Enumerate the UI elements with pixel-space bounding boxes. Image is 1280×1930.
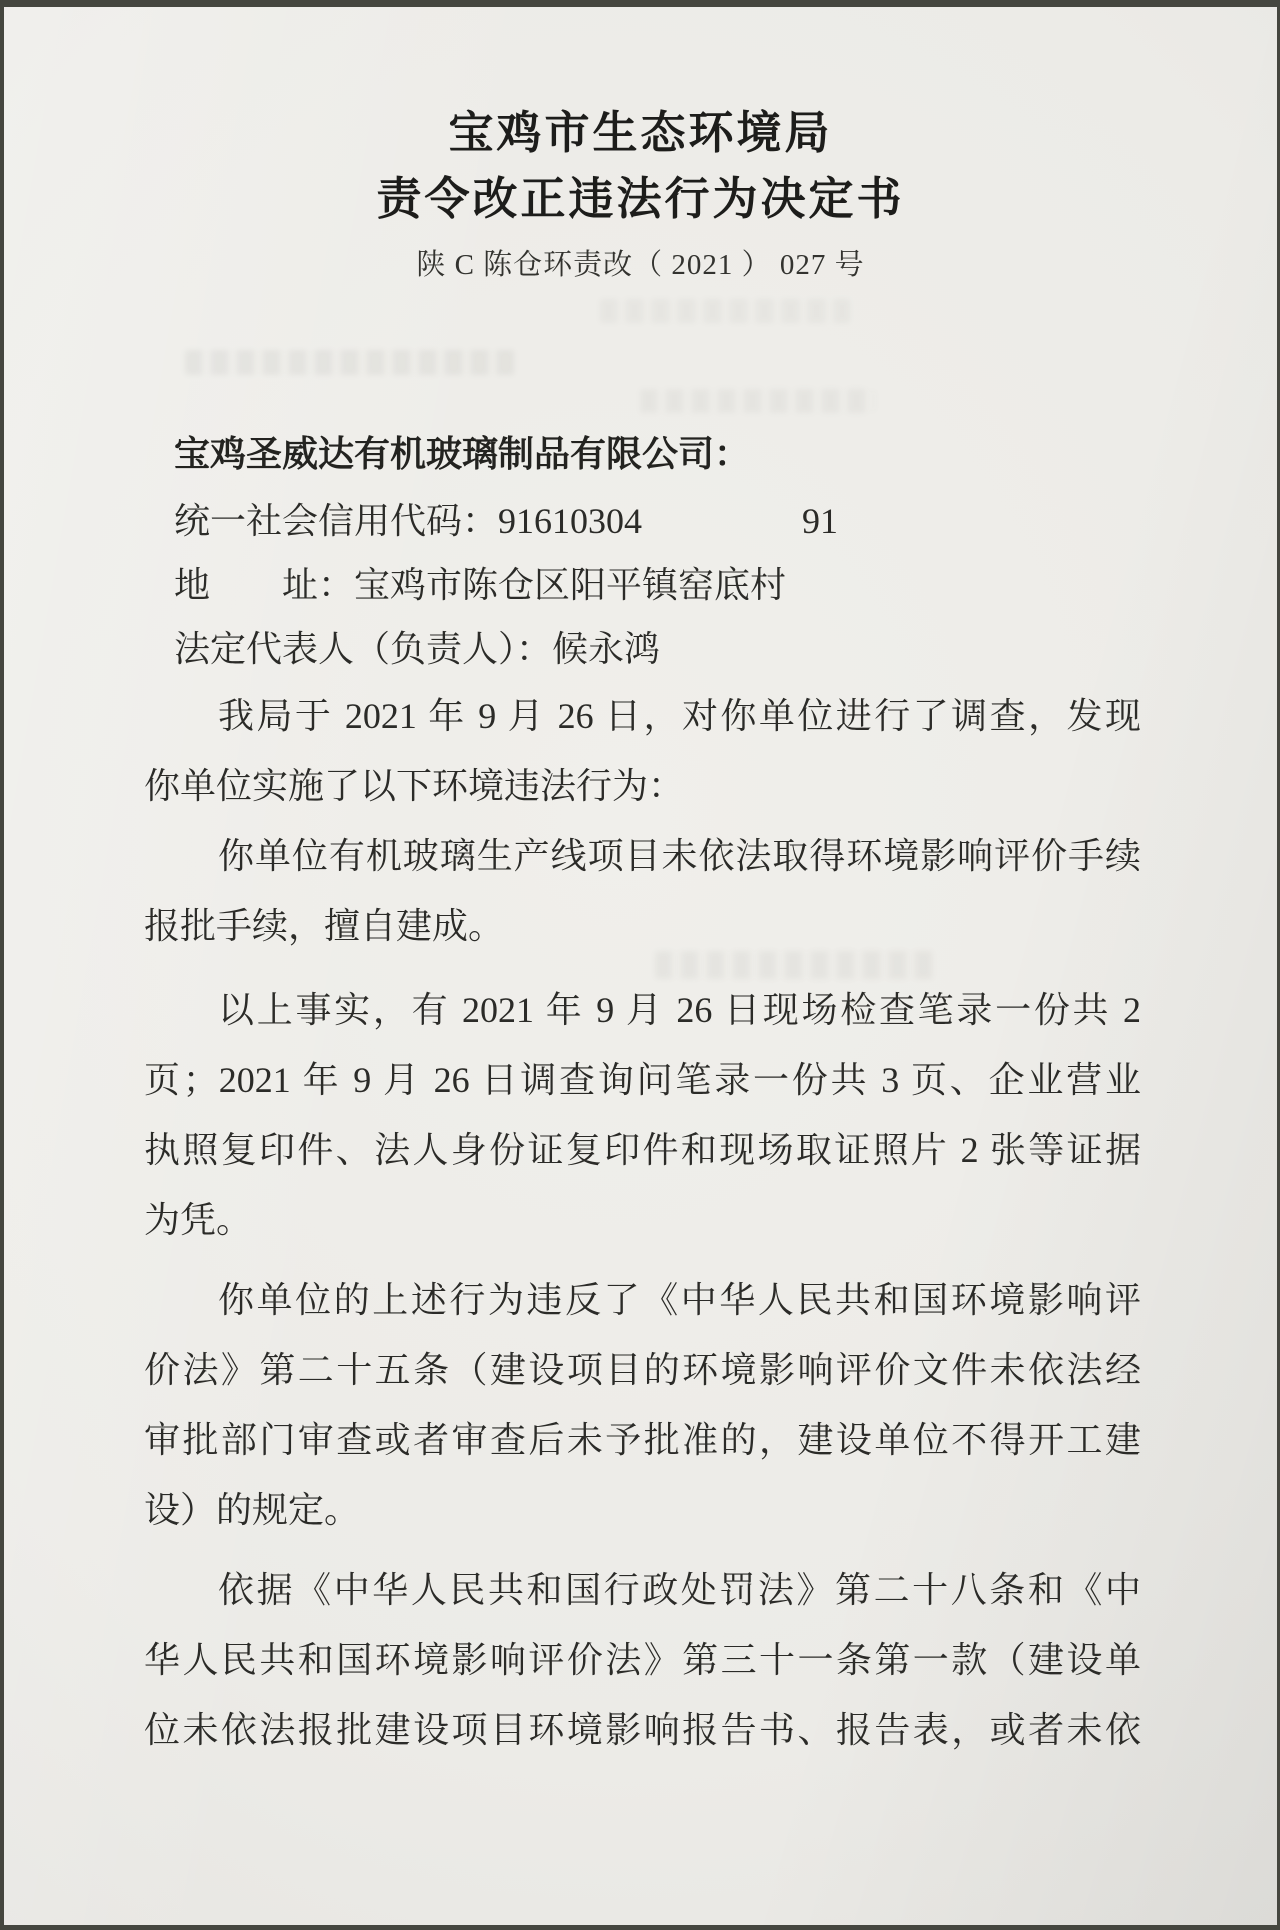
paragraph-line: 设）的规定。 [144,1475,1141,1545]
address-label: 地 址： [174,565,354,605]
paragraph-line: 你单位实施了以下环境违法行为： [144,751,1141,821]
paragraph-line: 审批部门审查或者审查后未予批准的，建设单位不得开工建 [144,1405,1141,1475]
paragraph-line: 你单位有机玻璃生产线项目未依法取得环境影响评价手续 [144,821,1141,891]
document-page: 宝鸡市生态环境局 责令改正违法行为决定书 陕 C 陈仓环责改（ 2021 ） 0… [4,7,1277,1925]
address-value: 宝鸡市陈仓区阳平镇窑底村 [354,565,786,605]
paragraph-line: 依据《中华人民共和国行政处罚法》第二十八条和《中 [144,1555,1141,1625]
paragraph-line: 位未依法报批建设项目环境影响报告书、报告表，或者未依 [144,1695,1141,1765]
address-line: 地 址：宝鸡市陈仓区阳平镇窑底村 [144,553,1141,617]
paragraph-line: 页；2021 年 9 月 26 日调查询问笔录一份共 3 页、企业营业 [144,1045,1141,1115]
paragraph-line: 以上事实，有 2021 年 9 月 26 日现场检查笔录一份共 2 [144,975,1141,1045]
paragraph-line: 我局于 2021 年 9 月 26 日，对你单位进行了调查，发现 [144,681,1141,751]
paragraph: 你单位的上述行为违反了《中华人民共和国环境影响评 价法》第二十五条（建设项目的环… [144,1265,1141,1545]
paragraph-line: 你单位的上述行为违反了《中华人民共和国环境影响评 [144,1265,1141,1335]
paragraph: 依据《中华人民共和国行政处罚法》第二十八条和《中 华人民共和国环境影响评价法》第… [144,1555,1141,1765]
recipient-name: 宝鸡圣威达有机玻璃制品有限公司： [144,419,1141,489]
agency-title: 宝鸡市生态环境局 [4,103,1277,163]
bleed-through-artifact [185,350,515,375]
document-number: 陕 C 陈仓环责改（ 2021 ） 027 号 [4,243,1277,287]
paragraph-line: 报批手续，擅自建成。 [144,891,1141,961]
legal-rep-line: 法定代表人（负责人）：候永鸿 [144,617,1141,681]
paragraph: 以上事实，有 2021 年 9 月 26 日现场检查笔录一份共 2 页；2021… [144,975,1141,1255]
paragraph-line: 为凭。 [144,1185,1141,1255]
paragraph-line: 执照复印件、法人身份证复印件和现场取证照片 2 张等证据 [144,1115,1141,1185]
document-header: 宝鸡市生态环境局 责令改正违法行为决定书 陕 C 陈仓环责改（ 2021 ） 0… [4,103,1277,287]
credit-code-line: 统一社会信用代码：9161030491 [144,489,1141,553]
credit-code-value: 91610304 [498,501,642,541]
paragraph-line: 华人民共和国环境影响评价法》第三十一条第一款（建设单 [144,1625,1141,1695]
paragraph: 你单位有机玻璃生产线项目未依法取得环境影响评价手续 报批手续，擅自建成。 [144,821,1141,961]
paragraph-line: 价法》第二十五条（建设项目的环境影响评价文件未依法经 [144,1335,1141,1405]
credit-code-label: 统一社会信用代码： [174,501,498,541]
bleed-through-artifact [640,389,875,413]
photo-background: { "photo": { "edge_color": "#45463f", "p… [0,0,1280,1930]
legal-rep-value: 候永鸿 [552,629,660,669]
bleed-through-artifact [600,299,850,323]
document-title: 责令改正违法行为决定书 [4,169,1277,229]
bleed-through-artifact [655,951,935,979]
credit-code-suffix: 91 [802,501,838,541]
document-body: 宝鸡圣威达有机玻璃制品有限公司： 统一社会信用代码：9161030491 地 址… [4,419,1277,1765]
paragraph: 我局于 2021 年 9 月 26 日，对你单位进行了调查，发现 你单位实施了以… [144,681,1141,821]
legal-rep-label: 法定代表人（负责人）： [174,629,552,669]
